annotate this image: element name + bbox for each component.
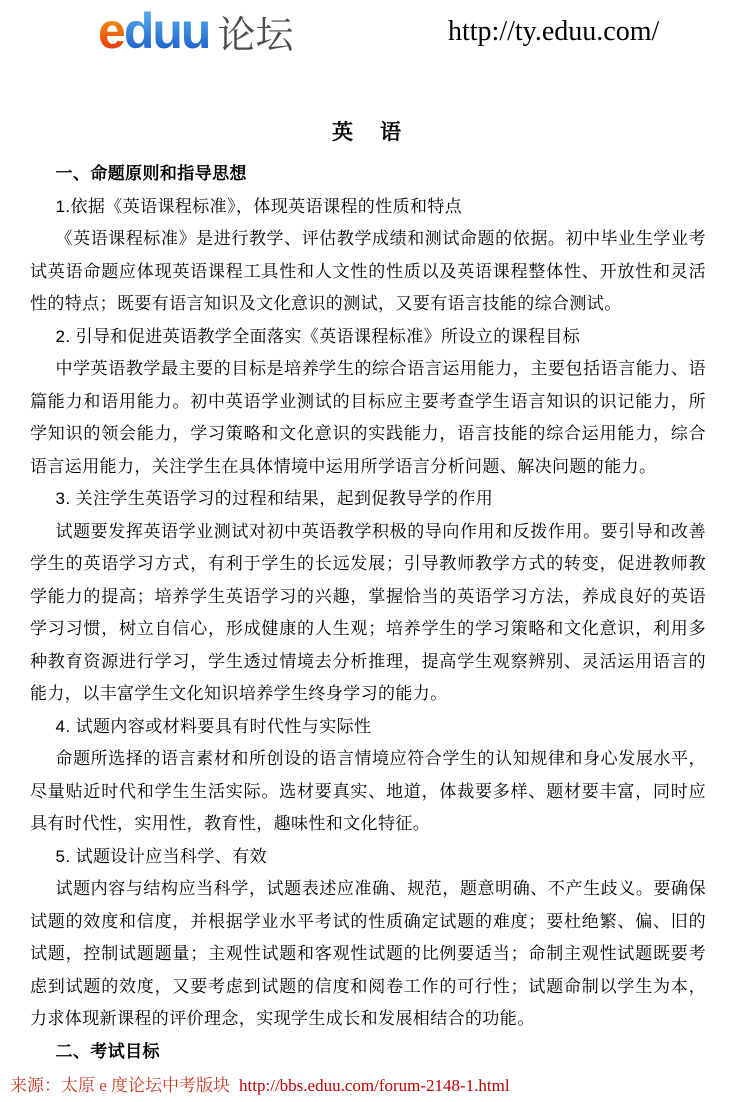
list-item-3: 3. 关注学生英语学习的过程和结果，起到促教导学的作用 [30, 483, 706, 516]
page-header: eduu 论坛 http://ty.eduu.com/ [0, 0, 736, 64]
list-item-5: 5. 试题设计应当科学、有效 [30, 841, 706, 874]
logo-letter-e: e [98, 3, 124, 59]
site-url-text: http://ty.eduu.com/ [448, 16, 659, 48]
logo-letters-duu: duu [124, 3, 210, 59]
source-label: 来源：太原 e 度论坛中考版块 [10, 1076, 230, 1095]
section-heading-1: 一、命题原则和指导思想 [30, 158, 706, 191]
logo-forum-label: 论坛 [217, 4, 293, 59]
section-heading-2: 二、考试目标 [30, 1036, 706, 1069]
paragraph-2: 中学英语教学最主要的目标是培养学生的综合语言运用能力，主要包括语言能力、语篇能力… [30, 353, 706, 483]
paragraph-3: 试题要发挥英语学业测试对初中英语教学积极的导向作用和反拨作用。要引导和改善学生的… [30, 516, 706, 711]
eduu-logo: eduu 论坛 [98, 2, 293, 60]
list-item-1: 1.依据《英语课程标准》，体现英语课程的性质和特点 [30, 191, 706, 224]
document-page: eduu 论坛 http://ty.eduu.com/ 英 语 一、命题原则和指… [0, 0, 736, 1102]
list-item-2: 2. 引导和促进英语教学全面落实《英语课程标准》所设立的课程目标 [30, 321, 706, 354]
source-url-text: http://bbs.eduu.com/forum-2148-1.html [239, 1076, 510, 1095]
list-item-4: 4. 试题内容或材料要具有时代性与实际性 [30, 711, 706, 744]
paragraph-1: 《英语课程标准》是进行教学、评估教学成绩和测试命题的依据。初中毕业生学业考试英语… [30, 223, 706, 321]
document-title: 英 语 [30, 120, 706, 146]
document-body: 英 语 一、命题原则和指导思想 1.依据《英语课程标准》，体现英语课程的性质和特… [30, 120, 706, 1068]
eduu-logo-wordmark: eduu [98, 2, 209, 60]
paragraph-4: 命题所选择的语言素材和所创设的语言情境应符合学生的认知规律和身心发展水平，尽量贴… [30, 743, 706, 841]
source-footer: 来源：太原 e 度论坛中考版块http://bbs.eduu.com/forum… [10, 1071, 730, 1096]
paragraph-5: 试题内容与结构应当科学，试题表述应准确、规范，题意明确、不产生歧义。要确保试题的… [30, 873, 706, 1036]
